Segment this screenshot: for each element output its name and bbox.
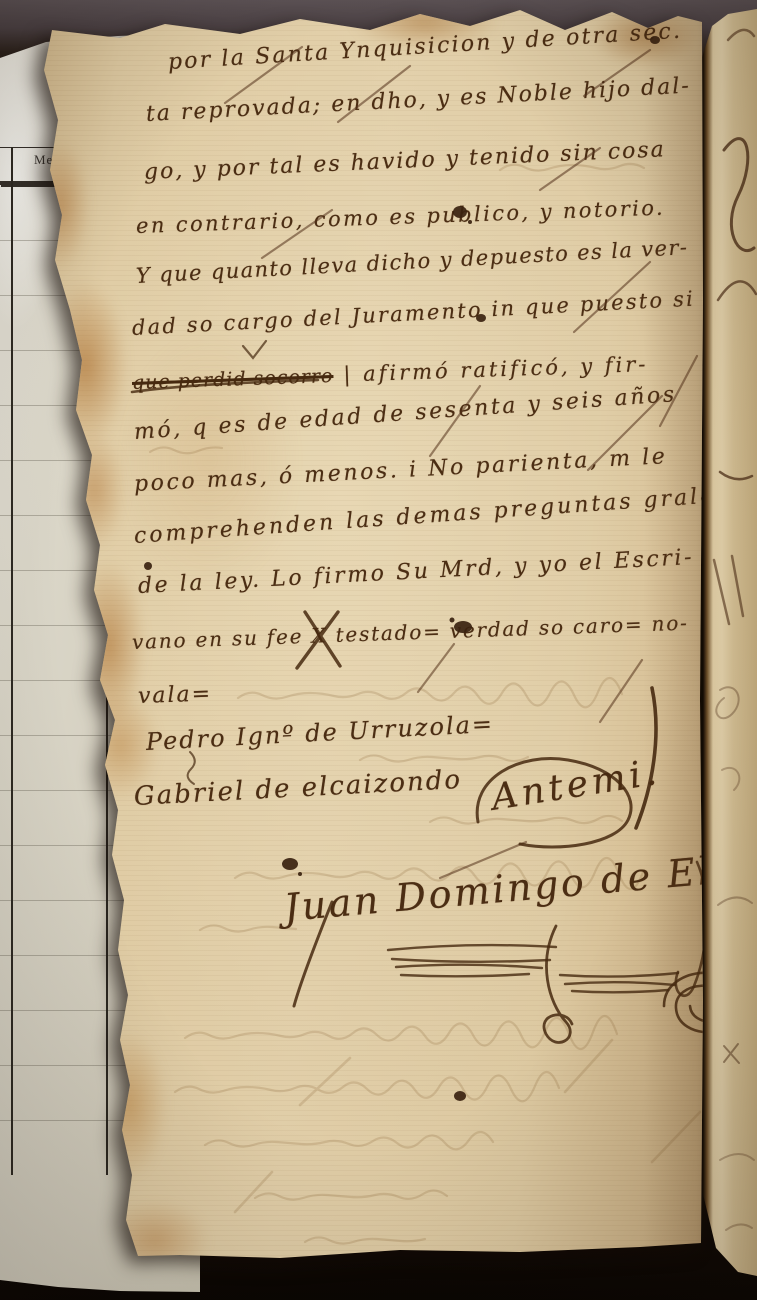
- gutter-curl-shading: [0, 0, 757, 1300]
- manuscript-page: por la Santa Ynquisicion y de otra sec. …: [0, 0, 757, 1300]
- manuscript-shadow: por la Santa Ynquisicion y de otra sec. …: [0, 0, 757, 1300]
- manuscript-photo: o Me: [0, 0, 757, 1300]
